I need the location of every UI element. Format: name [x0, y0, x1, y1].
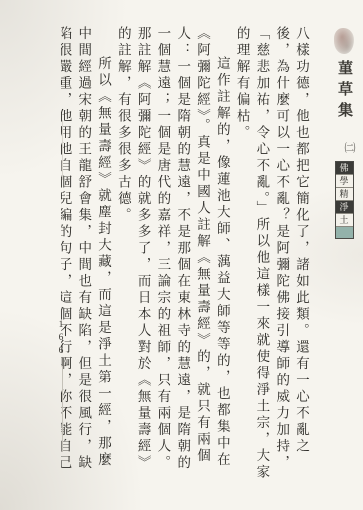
series-label-cell: 土	[336, 214, 353, 227]
series-label-cell: 精	[336, 188, 353, 201]
header-column: 菫草集 ㈡ 佛 學 精 淨 土	[331, 28, 357, 239]
paragraph: 所以《無量壽經》就塵封大藏，而這是淨土第一經，那麼中間經過宋朝的王龍舒會集，中間…	[61, 26, 113, 482]
series-label-cell: 佛	[336, 162, 353, 175]
fold-mark	[62, 366, 63, 452]
paragraph: 這作註解的，像蓮池大師、蕅益大師等等的，也都集中在《阿彌陀經》。真是中國人註解《…	[113, 26, 232, 482]
series-label-cell: 淨	[336, 201, 353, 214]
fold-mark	[62, 120, 63, 180]
book-title: 菫草集	[333, 60, 355, 138]
body-text: 八樣功德，他也都把它簡化了，諸如此類。還有一心不亂之後，為什麼可以一心不亂？是阿…	[61, 26, 311, 482]
publisher-seal-icon	[334, 28, 354, 54]
volume-marker: ㈡	[331, 142, 357, 153]
book-page: 菫草集 ㈡ 佛 學 精 淨 土 八樣功德，他也都把它簡化了，諸如此類。還有一心不…	[0, 0, 363, 510]
page-number: 166	[56, 320, 66, 359]
paragraph: 八樣功德，他也都把它簡化了，諸如此類。還有一心不亂之後，為什麼可以一心不亂？是阿…	[232, 26, 311, 482]
series-label-cell: 學	[336, 175, 353, 188]
series-label: 佛 學 精 淨 土	[335, 161, 354, 239]
series-label-color-block	[336, 227, 353, 238]
